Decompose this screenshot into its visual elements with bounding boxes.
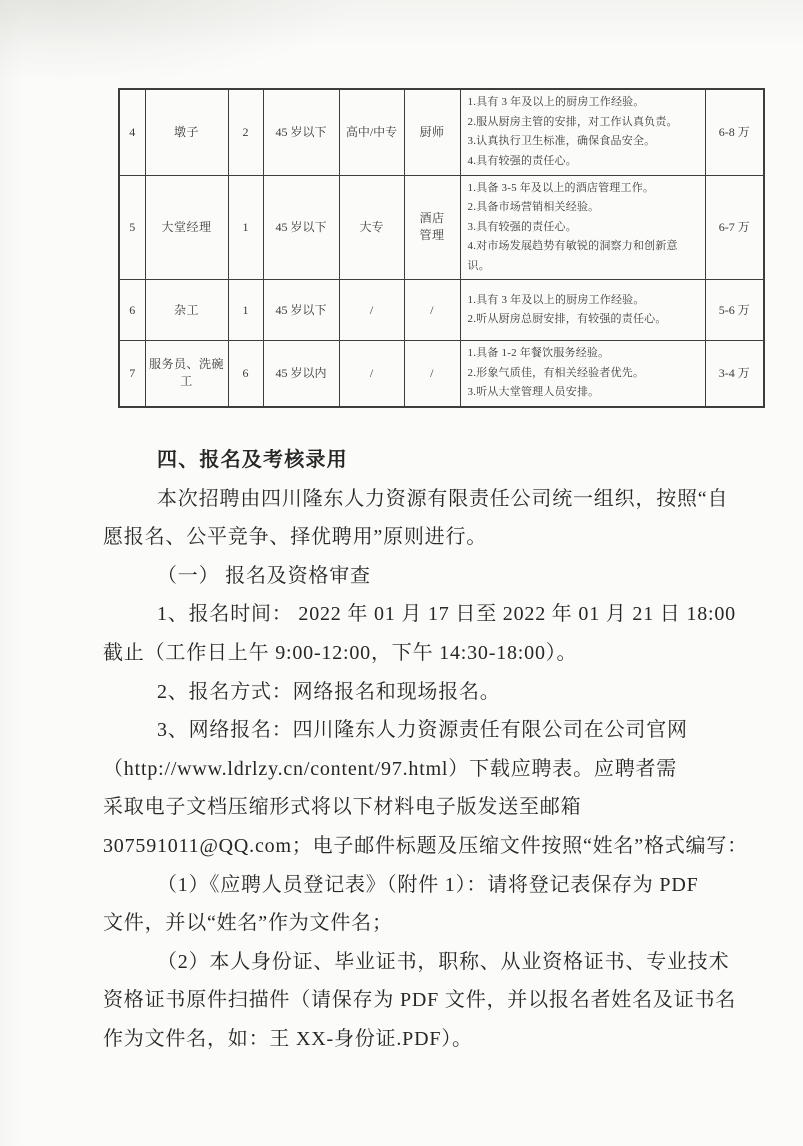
cell-age: 45 岁以下 [263,175,339,280]
text-line: 采取电子文档压缩形式将以下材料电子版发送至邮箱 [103,788,735,827]
cell-category: 厨师 [404,89,460,175]
cell-count: 1 [228,280,263,341]
cell-education: 高中/中专 [339,89,404,175]
cell-no: 4 [119,89,145,175]
text-line: （1）《应聘人员登记表》（附件 1）：请将登记表保存为 PDF [103,866,735,905]
table-row: 5大堂经理145 岁以下大专酒店管理1.具备 3-5 年及以上的酒店管理工作。 … [119,175,764,280]
text-line: 资格证书原件扫描件（请保存为 PDF 文件，并以报名者姓名及证书名 [103,981,735,1020]
text-line: 1、报名时间： 2022 年 01 月 17 日至 2022 年 01 月 21… [103,595,735,634]
job-positions-table: 4墩子245 岁以下高中/中专厨师1.具有 3 年及以上的厨房工作经验。 2.服… [118,88,765,408]
text-line: 文件，并以“姓名”作为文件名； [103,904,735,943]
cell-requirements: 1.具有 3 年及以上的厨房工作经验。 2.听从厨房总厨安排，有较强的责任心。 [460,280,705,341]
cell-requirements: 1.具备 1-2 年餐饮服务经验。 2.形象气质佳，有相关经验者优先。 3.听从… [460,341,705,407]
cell-position: 墩子 [145,89,228,175]
text-line: 截止（工作日上午 9:00-12:00，下午 14:30-18:00）。 [103,634,735,673]
body-text: 四、报名及考核录用本次招聘由四川隆东人力资源有限责任公司统一组织，按照“自愿报名… [103,441,735,1059]
cell-position: 杂工 [145,280,228,341]
table-row: 7服务员、洗碗工645 岁以内//1.具备 1-2 年餐饮服务经验。 2.形象气… [119,341,764,407]
text-line: 2、报名方式：网络报名和现场报名。 [103,673,735,712]
cell-salary: 6-8 万 [705,89,764,175]
text-line: 3、网络报名：四川隆东人力资源责任有限公司在公司官网 [103,711,735,750]
text-line: （2）本人身份证、毕业证书，职称、从业资格证书、专业技术 [103,943,735,982]
text-line: （http://www.ldrlzy.cn/content/97.html）下载… [103,750,735,789]
cell-count: 2 [228,89,263,175]
cell-category: / [404,341,460,407]
cell-age: 45 岁以下 [263,89,339,175]
text-line: 本次招聘由四川隆东人力资源有限责任公司统一组织，按照“自 [103,480,735,519]
cell-salary: 3-4 万 [705,341,764,407]
scanned-recruitment-document-page: { "colors": { "page_bg": "#fbfbf9", "ink… [0,0,803,1146]
cell-no: 7 [119,341,145,407]
positions-table-body: 4墩子245 岁以下高中/中专厨师1.具有 3 年及以上的厨房工作经验。 2.服… [119,89,764,407]
cell-salary: 5-6 万 [705,280,764,341]
cell-count: 6 [228,341,263,407]
cell-no: 6 [119,280,145,341]
cell-education: / [339,341,404,407]
cell-education: / [339,280,404,341]
table-row: 6杂工145 岁以下//1.具有 3 年及以上的厨房工作经验。 2.听从厨房总厨… [119,280,764,341]
cell-position: 服务员、洗碗工 [145,341,228,407]
cell-category: 酒店管理 [404,175,460,280]
cell-salary: 6-7 万 [705,175,764,280]
cell-education: 大专 [339,175,404,280]
section-heading: 四、报名及考核录用 [103,441,735,480]
cell-age: 45 岁以下 [263,280,339,341]
text-line: 307591011@QQ.com；电子邮件标题及压缩文件按照“姓名”格式编写： [103,827,735,866]
cell-requirements: 1.具备 3-5 年及以上的酒店管理工作。 2.具备市场营销相关经验。 3.具有… [460,175,705,280]
cell-no: 5 [119,175,145,280]
cell-requirements: 1.具有 3 年及以上的厨房工作经验。 2.服从厨房主管的安排，对工作认真负责。… [460,89,705,175]
cell-age: 45 岁以内 [263,341,339,407]
table-row: 4墩子245 岁以下高中/中专厨师1.具有 3 年及以上的厨房工作经验。 2.服… [119,89,764,175]
cell-count: 1 [228,175,263,280]
text-line: （一） 报名及资格审查 [103,557,735,596]
text-line: 愿报名、公平竞争、择优聘用”原则进行。 [103,518,735,557]
text-line: 作为文件名，如：王 XX-身份证.PDF）。 [103,1020,735,1059]
cell-position: 大堂经理 [145,175,228,280]
cell-category: / [404,280,460,341]
